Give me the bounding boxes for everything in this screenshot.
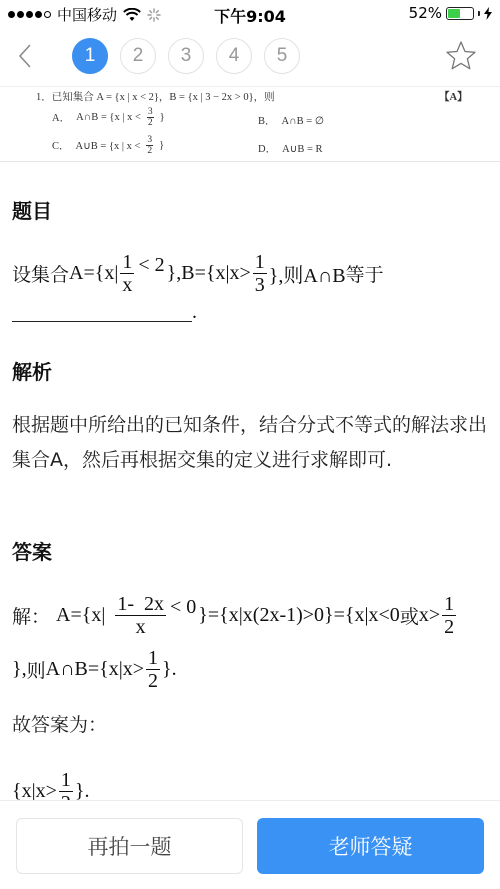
page-tab-4[interactable]: 4 (216, 38, 252, 74)
favorite-star-icon[interactable] (444, 39, 478, 73)
battery-percent: 52% (409, 4, 442, 22)
question-photo: 1．已知集合 A = {x | x < 2}，B = {x | 3 − 2x >… (0, 86, 500, 162)
section-title-analysis: 解析 (12, 356, 52, 385)
question-text: 设集合 A={x| 1x < 2 },B={x|x> 13 },则A∩B 等于 (12, 243, 384, 303)
section-title-question: 题目 (12, 195, 52, 224)
question-answer-blank: . (12, 301, 197, 324)
status-right: 52% (409, 4, 492, 22)
answer-conclusion: 故答案为： (12, 708, 488, 743)
ask-teacher-button[interactable]: 老师答疑 (257, 818, 484, 874)
answer-line-1: 解： A={x| 1- 2xx < 0 }={x|x(2x-1)>0}={x|x… (12, 583, 458, 647)
battery-icon (446, 7, 474, 20)
status-bar: 中国移动 下午9:04 52% (0, 0, 500, 28)
analysis-text: 根据题中所给出的已知条件，结合分式不等式的解法求出集合A，然后再根据交集的定义进… (12, 408, 488, 478)
page-tab-2[interactable]: 2 (120, 38, 156, 74)
question-photo-option-b: B． A∩B = ∅ (258, 113, 324, 128)
page-tab-5[interactable]: 5 (264, 38, 300, 74)
question-pager: 1 2 3 4 5 (72, 38, 300, 74)
solution-content[interactable]: 题目 设集合 A={x| 1x < 2 },B={x|x> 13 },则A∩B … (0, 163, 500, 800)
answer-final: {x|x> 12 }. (12, 763, 90, 800)
section-title-answer: 答案 (12, 536, 52, 565)
question-photo-option-d: D． A∪B = R (258, 141, 323, 156)
question-photo-option-c: C． A∪B = {x | x < 32 } (52, 135, 164, 156)
question-photo-option-a: A． A∩B = {x | x < 32 } (52, 107, 165, 128)
question-photo-stem: 1．已知集合 A = {x | x < 2}，B = {x | 3 − 2x >… (36, 89, 275, 104)
nav-bar: 1 2 3 4 5 (0, 28, 500, 86)
page-tab-3[interactable]: 3 (168, 38, 204, 74)
question-photo-answer-tag: 【A】 (439, 89, 468, 104)
chevron-left-icon (18, 43, 32, 69)
answer-line-2: }, 则 A∩B={x|x> 12 }. (12, 641, 177, 697)
page-tab-1[interactable]: 1 (72, 38, 108, 74)
back-button[interactable] (10, 38, 40, 74)
bottom-action-bar: 再拍一题 老师答疑 (0, 800, 500, 889)
retake-photo-button[interactable]: 再拍一题 (16, 818, 243, 874)
charging-bolt-icon (484, 7, 492, 20)
